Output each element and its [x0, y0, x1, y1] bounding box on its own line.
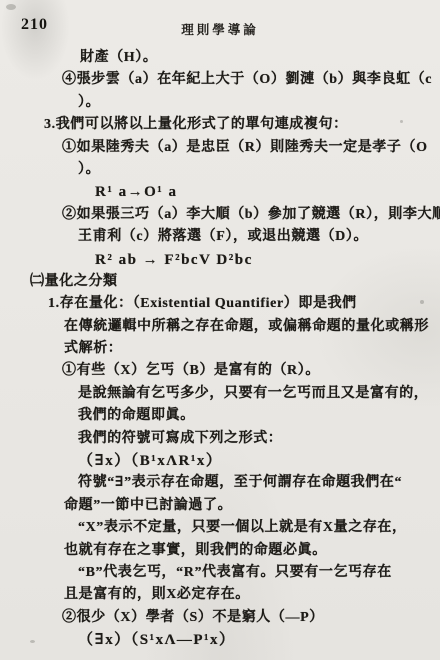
text-line: 命題”一節中已討論過了。 — [64, 495, 440, 517]
text-line: 在傳統邏輯中所稱之存在命題，或偏稱命題的量化或稱形 — [64, 316, 440, 338]
text-line: 財產（H）。 — [80, 47, 440, 69]
text-line: ）。 — [78, 159, 440, 181]
text-line: 1.存在量化：（Existential Quantifier）即是我們 — [48, 293, 440, 315]
text-line: “X”表示不定量，只要一個以上就是有X量之存在， — [78, 517, 440, 539]
text-line: 3.我們可以將以上量化形式了的單句連成複句： — [44, 114, 440, 136]
text-line: 也就有存在之事實，則我們的命題必眞。 — [64, 540, 440, 562]
text-line: 是說無論有乞丐多少，只要有一乞丐而且又是富有的， — [78, 383, 440, 405]
scan-noise-speck — [400, 120, 403, 123]
scan-noise-speck — [30, 640, 35, 643]
text-line: ①有些（X）乞丐（B）是富有的（R）。 — [62, 360, 440, 382]
section-heading-line: ㈡量化之分類 — [30, 271, 440, 293]
text-line: ②如果張三巧（a）李大順（b）參加了競選（R），則李大順， — [62, 204, 440, 226]
scan-noise-speck — [6, 4, 16, 10]
text-line: 且是富有的，則X必定存在。 — [64, 584, 440, 606]
text-line: 式解析： — [64, 338, 440, 360]
text-line: ②很少（X）學者（S）不是窮人（—P） — [62, 607, 440, 629]
text-line: ）。 — [78, 92, 440, 114]
running-header-title: 理則學導論 — [0, 20, 440, 38]
text-line: ①如果陸秀夫（a）是忠臣（R）則陸秀夫一定是孝子（O — [62, 137, 440, 159]
logic-formula-line: R² ab → F²bcV D²bc — [95, 249, 440, 271]
logic-formula-line: （∃x）（S¹xΛ—P¹x） — [78, 629, 440, 651]
logic-formula-line: （∃x）（B¹xΛR¹x） — [78, 450, 440, 472]
scan-noise-speck — [420, 300, 424, 304]
text-line: 王甫利（c）將落選（F），或退出競選（D）。 — [78, 226, 440, 248]
text-line: “B”代表乞丐，“R”代表富有。只要有一乞丐存在 — [78, 562, 440, 584]
text-line: 我們的命題即眞。 — [78, 405, 440, 427]
text-line: 我們的符號可寫成下列之形式： — [78, 428, 440, 450]
text-line: ④張步雲（a）在年紀上大于（O）劉漣（b）與李良虹（c — [62, 69, 440, 91]
scanned-book-page: 210 理則學導論 財產（H）。 ④張步雲（a）在年紀上大于（O）劉漣（b）與李… — [0, 0, 440, 660]
page-body-text: 財產（H）。 ④張步雲（a）在年紀上大于（O）劉漣（b）與李良虹（c ）。 3.… — [0, 47, 440, 652]
text-line: 符號“∃”表示存在命題，至于何謂存在命題我們在“ — [78, 472, 440, 494]
logic-formula-line: R¹ a→O¹ a — [95, 181, 440, 203]
